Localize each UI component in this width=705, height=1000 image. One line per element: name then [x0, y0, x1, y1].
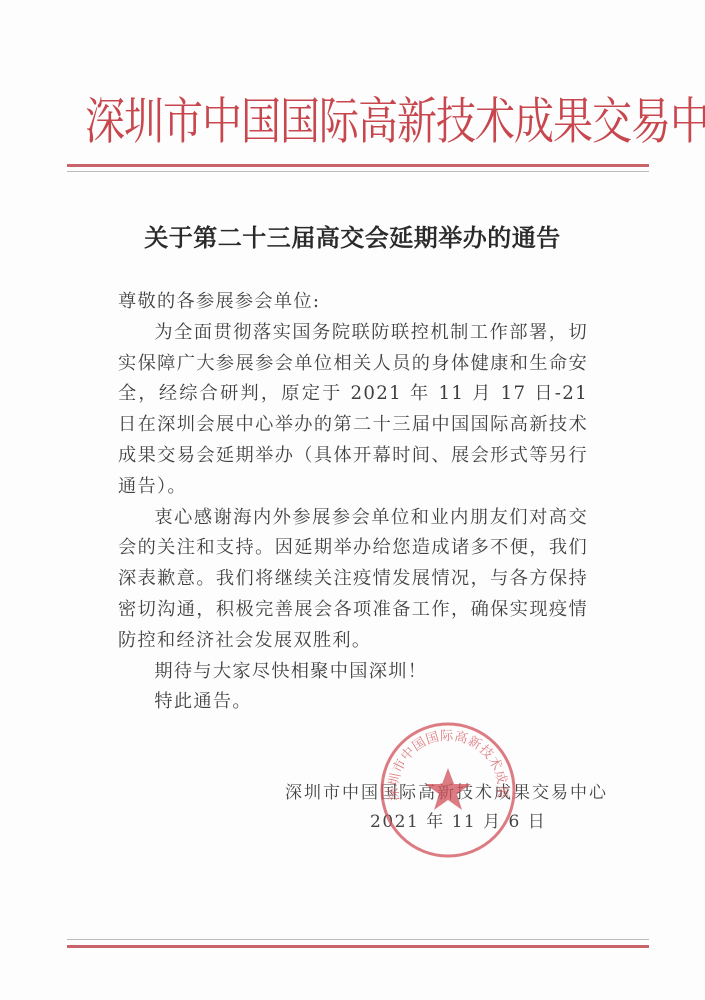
- letterhead-rule-red: [67, 164, 649, 167]
- signature-organization: 深圳市中国国际高新技术成果交易中心: [285, 778, 608, 803]
- document-body: 尊敬的各参展参会单位: 为全面贯彻落实国务院联防联控机制工作部署，切实保障广大参…: [118, 287, 588, 718]
- letterhead-title: 深圳市中国国际高新技术成果交易中心: [85, 85, 645, 160]
- paragraph-1: 为全面贯彻落实国务院联防联控机制工作部署，切实保障广大参展参会单位相关人员的身体…: [118, 318, 588, 503]
- salutation: 尊敬的各参展参会单位:: [118, 287, 588, 318]
- paragraph-2: 衷心感谢海内外参展参会单位和业内朋友们对高交会的关注和支持。因延期举办给您造成诸…: [118, 503, 588, 657]
- letterhead-rule-grey: [67, 171, 649, 172]
- footer-rule-grey: [67, 939, 649, 940]
- paragraph-3: 期待与大家尽快相聚中国深圳！: [118, 657, 588, 688]
- footer-rule-red: [67, 945, 649, 948]
- document-title: 关于第二十三届高交会延期举办的通告: [0, 218, 705, 253]
- signature-date: 2021 年 11 月 6 日: [370, 807, 546, 832]
- paragraph-4: 特此通告。: [118, 687, 588, 718]
